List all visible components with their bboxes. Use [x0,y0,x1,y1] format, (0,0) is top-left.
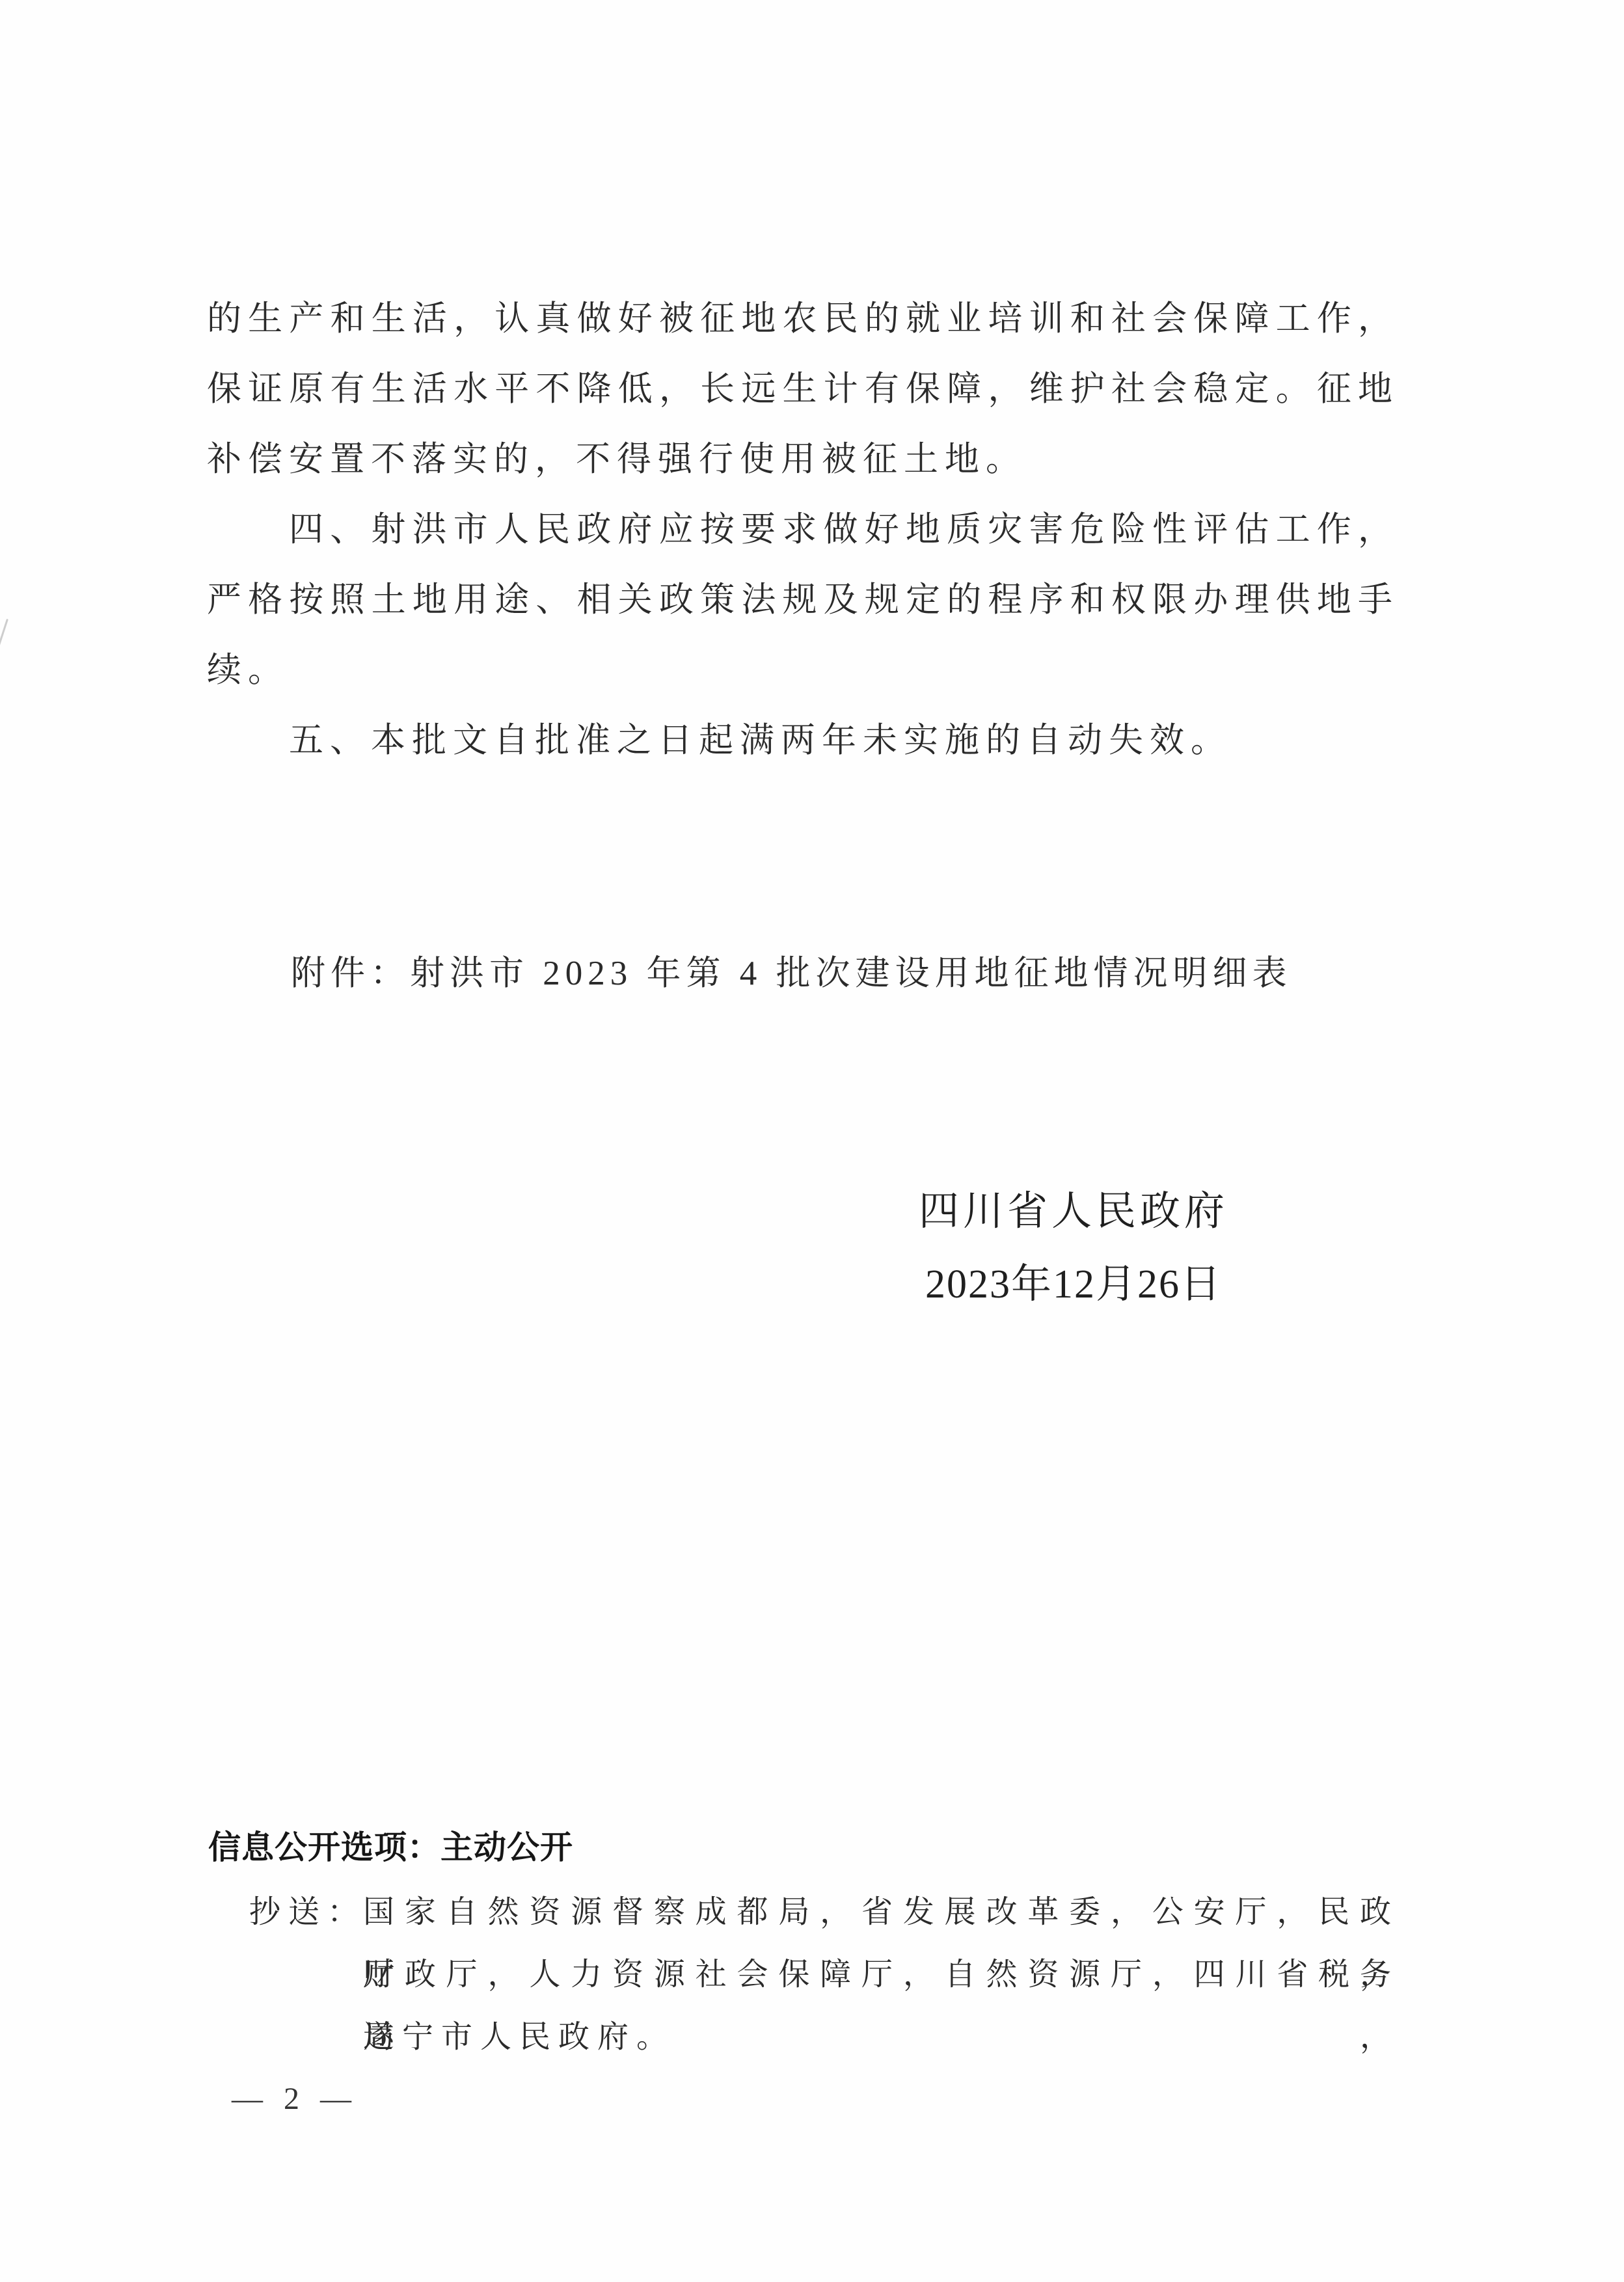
body-line: 续。 [207,635,1399,705]
signature-block: 四川省人民政府 2023年12月26日 [904,1175,1243,1321]
page-number: — 2 — [232,2080,358,2119]
body-line: 补偿安置不落实的，不得强行使用被征土地。 [207,424,1399,495]
document-page: 的生产和生活，认真做好被征地农民的就业培训和社会保障工作， 保证原有生活水平不降… [0,0,1624,2282]
scan-artifact-mark [0,619,8,651]
body-line: 五、本批文自批准之日起满两年未实施的自动失效。 [207,705,1399,776]
cc-label: 抄送： [249,1881,366,1944]
attachment-line: 附件：射洪市 2023 年第 4 批次建设用地征地情况明细表 [291,938,1292,1009]
cc-list: 国家自然资源督察成都局，省发展改革委，公安厅，民政厅， 财政厅，人力资源社会保障… [363,1881,1399,2069]
cc-line: 国家自然资源督察成都局，省发展改革委，公安厅，民政厅， [363,1881,1399,1944]
cc-line: 财政厅，人力资源社会保障厅，自然资源厅，四川省税务局， [363,1944,1399,2006]
issuer-name: 四川省人民政府 [904,1175,1243,1248]
issue-date: 2023年12月26日 [904,1248,1243,1321]
body-line: 严格按照土地用途、相关政策法规及规定的程序和权限办理供地手 [207,565,1399,635]
document-body: 的生产和生活，认真做好被征地农民的就业培训和社会保障工作， 保证原有生活水平不降… [207,284,1399,776]
disclosure-option: 信息公开选项：主动公开 [208,1827,573,1868]
body-line: 的生产和生活，认真做好被征地农民的就业培训和社会保障工作， [207,284,1399,354]
body-line: 保证原有生活水平不降低，长远生计有保障，维护社会稳定。征地 [207,354,1399,424]
body-line: 四、射洪市人民政府应按要求做好地质灾害危险性评估工作， [207,495,1399,565]
